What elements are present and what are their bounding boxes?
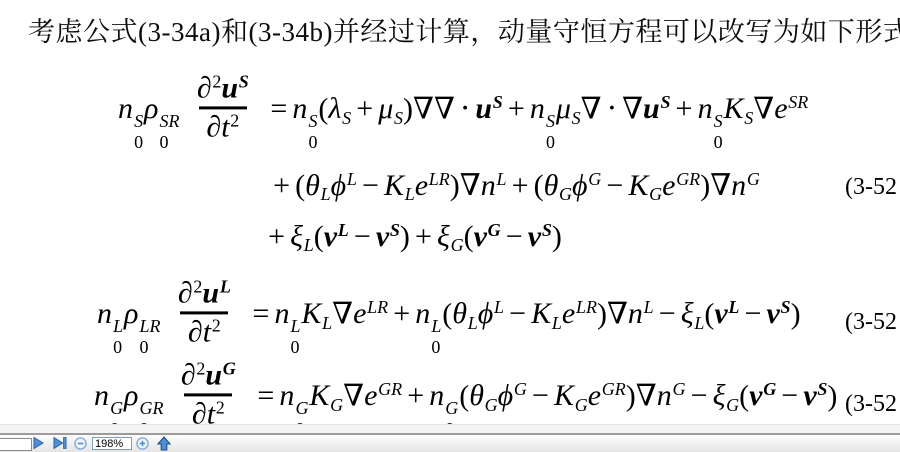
equation-1-line-3: +ξL(vL−vS)+ξG(vG−vS)	[263, 220, 562, 254]
document-page: 考虑公式(3-34a)和(3-34b)并经过计算，动量守恒方程可以改写为如下形式…	[0, 0, 900, 424]
zoom-in-button[interactable]	[134, 436, 150, 452]
scroll-up-button[interactable]	[156, 436, 172, 452]
up-arrow-icon	[156, 436, 172, 452]
equation-3: nG0ρGR0∂2uG∂t2=nG0KG∇eGR+nG0(θGϕG−KGeGR)…	[94, 362, 837, 424]
last-page-button[interactable]	[52, 436, 68, 452]
equation-2: nL0ρLR0∂2uL∂t2=nL0KL∇eLR+nL0(θLϕL−KLeLR)…	[97, 280, 801, 356]
equation-number-1: (3-52	[845, 174, 897, 201]
equation-number-2: (3-52	[845, 309, 897, 336]
last-page-icon	[53, 436, 68, 450]
paragraph-text: 考虑公式(3-34a)和(3-34b)并经过计算，动量守恒方程可以改写为如下形式	[28, 10, 900, 49]
zoom-level-input[interactable]	[92, 437, 132, 450]
equation-1-line-2: +(θLϕL−KLeLR)∇nL+(θGϕG−KGeGR)∇nG	[268, 168, 760, 203]
equation-1-line-1: nS0ρSR0∂2uS∂t2=nS0(λS+μS)∇∇⋅uS+nS0μS∇⋅∇u…	[118, 75, 808, 151]
next-page-button[interactable]	[31, 436, 47, 452]
next-page-icon	[32, 436, 46, 450]
status-bar	[0, 433, 900, 452]
zoom-out-button[interactable]	[72, 436, 88, 452]
zoom-in-icon	[135, 436, 150, 451]
equation-number-3: (3-52	[845, 391, 897, 418]
zoom-out-icon	[73, 436, 88, 451]
page-number-input[interactable]	[0, 438, 32, 451]
